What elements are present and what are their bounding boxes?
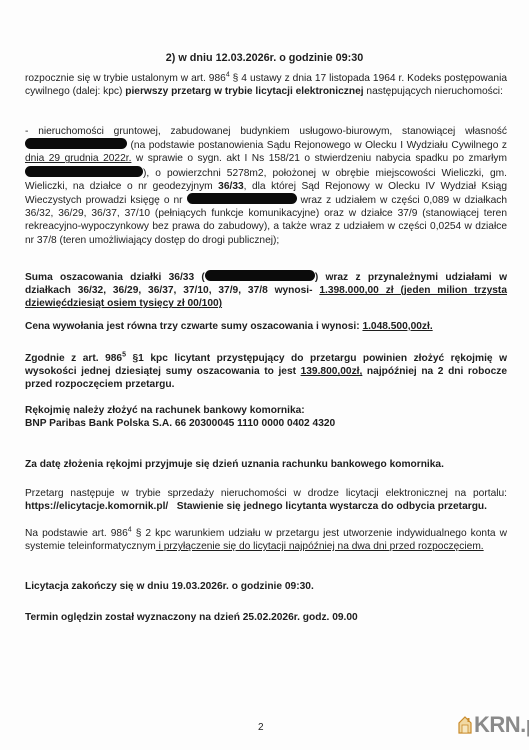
deposit-paragraph: Zgodnie z art. 9865 §1 kpc licytant przy… [25, 352, 507, 392]
valuation-paragraph: Suma oszacowania działki 36/33 () wraz z… [25, 270, 507, 311]
watermark-text: KRN.pl [474, 712, 529, 738]
redacted-owner [25, 138, 127, 149]
krn-watermark: KRN.pl [458, 712, 529, 738]
inspection-paragraph: Termin oględzin został wyznaczony na dzi… [25, 611, 507, 624]
deposit-date-paragraph: Za datę złożenia rękojmi przyjmuje się d… [25, 458, 507, 471]
document-page: 2) w dniu 12.03.2026r. o godzinie 09:30 … [0, 0, 529, 750]
property-paragraph: - nieruchomości gruntowej, zabudowanej b… [25, 125, 507, 247]
auction-end-paragraph: Licytacja zakończy się w dniu 19.03.2026… [25, 580, 507, 593]
auction-date-heading: 2) w dniu 12.03.2026r. o godzinie 09:30 [0, 52, 529, 64]
redacted-land-register [187, 193, 297, 204]
auction-type: pierwszy przetarg w trybie licytacji ele… [125, 86, 363, 97]
portal-paragraph: Przetarg następuje w trybie sprzedaży ni… [25, 487, 507, 513]
deposit-amount: 139.800,00zł, [301, 366, 363, 377]
bank-account-paragraph: Rękojmię należy złożyć na rachunek banko… [25, 404, 507, 430]
redacted-deceased [25, 166, 143, 177]
parcel-number: 36/33 [218, 181, 244, 192]
portal-link[interactable]: https://elicytacje.komornik.pl/ [25, 501, 168, 512]
intro-paragraph: rozpocznie się w trybie ustalonym w art.… [25, 72, 507, 98]
bank-account-number: BNP Paribas Bank Polska S.A. 66 20300045… [25, 417, 507, 430]
page-number: 2 [258, 722, 264, 733]
account-requirement-paragraph: Na podstawie art. 9864 § 2 kpc warunkiem… [25, 527, 507, 553]
redacted-valuation-note [205, 270, 315, 281]
house-icon [458, 716, 472, 734]
starting-price-paragraph: Cena wywołania jest równa trzy czwarte s… [25, 320, 507, 333]
starting-price-amount: 1.048.500,00zł. [362, 321, 432, 332]
